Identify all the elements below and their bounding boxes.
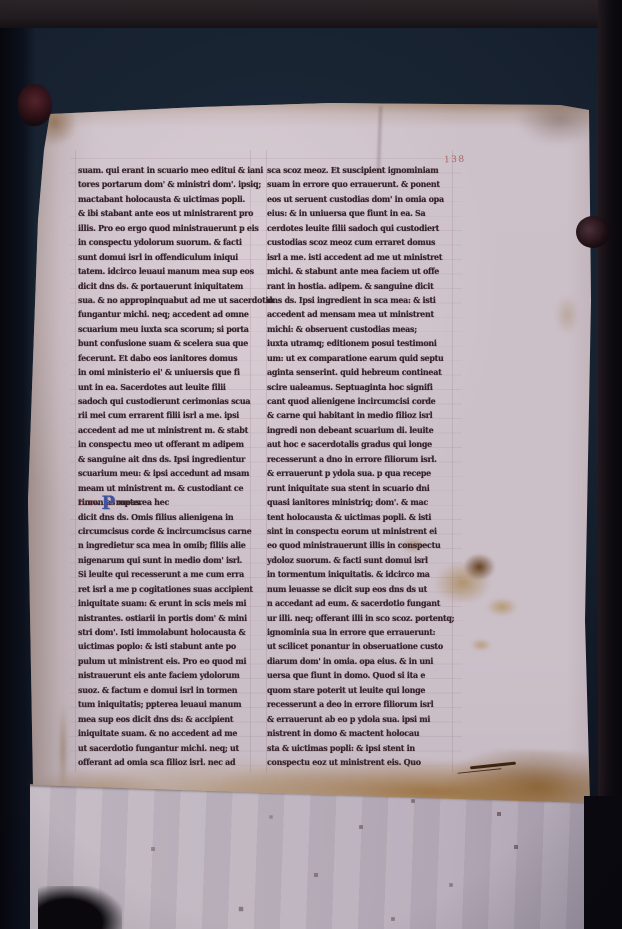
manuscript-line: iniquitate suam. & no accedent ad me bbox=[78, 726, 249, 740]
manuscript-line: scire ualeamus. Septuaginta hoc signifi bbox=[267, 380, 448, 394]
manuscript-line: ur illi. neq; offerant illi in sco scoz.… bbox=[267, 611, 448, 625]
bottom-right-frame-edge bbox=[584, 796, 622, 929]
manuscript-line: unt in ea. Sacerdotes aut leuite filii bbox=[78, 380, 249, 394]
manuscript-line: sunt domui isrl in offendiculum iniqui bbox=[78, 250, 249, 264]
manuscript-line: custodias scoz meoz cum erraret domus bbox=[267, 235, 448, 249]
manuscript-line: conspectu eoz ut ministrent eis. Quo bbox=[267, 755, 448, 769]
manuscript-line: isrl a me. isti accedent ad me ut minist… bbox=[267, 250, 448, 264]
manuscript-line: mactabant holocausta & uictimas popli. bbox=[78, 192, 249, 206]
manuscript-line: tores portarum dom' & ministri dom'. ips… bbox=[78, 177, 249, 191]
manuscript-line: n ingredietur sca mea in omib; filiis al… bbox=[78, 538, 249, 552]
manuscript-line: rii mei cum errarent filii isrl a me. ip… bbox=[78, 408, 249, 422]
right-frame-edge bbox=[598, 0, 622, 929]
manuscript-line: aut hoc e sacerdotalis gradus qui longe bbox=[267, 437, 448, 451]
manuscript-line: sca scoz meoz. Et suscipient ignominiam bbox=[267, 163, 448, 177]
manuscript-line: nigenarum qui sunt in medio dom' isrl. bbox=[78, 553, 249, 567]
manuscript-line: dicit dns ds. & portauerunt iniquitatem bbox=[78, 279, 249, 293]
manuscript-line: cant quod alienigene incircumcisi corde bbox=[267, 394, 448, 408]
manuscript-line: in conspectu meo ut offerant m adipem bbox=[78, 437, 249, 451]
manuscript-photo: 138 suam. qui erant in scuario meo editu… bbox=[0, 0, 622, 929]
manuscript-line: & carne qui habitant in medio filioz isr… bbox=[267, 408, 448, 422]
manuscript-line: nistrantes. ostiarii in portis dom' & mi… bbox=[78, 611, 249, 625]
manuscript-line: scuarium meu: & ipsi accedunt ad msam bbox=[78, 466, 249, 480]
manuscript-line: recesserunt a deo in errore filiorum isr… bbox=[267, 697, 448, 711]
manuscript-line: scuarium meu iuxta sca scorum; si porta bbox=[78, 322, 249, 336]
manuscript-line: rant in hostia. adipem. & sanguine dicit bbox=[267, 279, 448, 293]
right-margin-stain-small bbox=[468, 638, 494, 652]
manuscript-line: in omi ministerio ei' & uniuersis que fi bbox=[78, 365, 249, 379]
bottom-left-shadow bbox=[38, 886, 122, 929]
manuscript-line: uersa que fiunt in domo. Quod si ita e bbox=[267, 668, 448, 682]
manuscript-line: stri dom'. Isti immolabunt holocausta & bbox=[78, 625, 249, 639]
ruling-vertical-line bbox=[452, 150, 453, 772]
manuscript-line: nistrauerunt eis ante faciem ydolorum bbox=[78, 668, 249, 682]
manuscript-line: tent holocausta & uictimas popli. & isti bbox=[267, 510, 448, 524]
manuscript-line: sta & uictimas popli: & ipsi stent in bbox=[267, 741, 448, 755]
manuscript-line: ut sacerdotio fungantur michi. neq; ut bbox=[78, 741, 249, 755]
manuscript-line: sint in conspectu eorum ut ministrent ei bbox=[267, 524, 448, 538]
manuscript-line: fecerunt. Et dabo eos ianitores domus bbox=[78, 351, 249, 365]
manuscript-line: ut scilicet ponantur in obseruatione cus… bbox=[267, 639, 448, 653]
manuscript-line: suam. qui erant in scuario meo editui & … bbox=[78, 163, 249, 177]
manuscript-line: suoz. & factum e domui isrl in tormen bbox=[78, 683, 249, 697]
manuscript-line: pulum ut ministrent eis. Pro eo quod mi bbox=[78, 654, 249, 668]
right-column: sca scoz meoz. Et suscipient ignominiams… bbox=[267, 163, 448, 769]
manuscript-line: recesserunt a dno in errore filiorum isr… bbox=[267, 452, 448, 466]
manuscript-line: & ibi stabant ante eos ut ministrarent p… bbox=[78, 206, 249, 220]
manuscript-line: in tormentum iniquitatis. & idcirco ma bbox=[267, 567, 448, 581]
manuscript-line: michi. & stabunt ante mea faciem ut offe bbox=[267, 264, 448, 278]
manuscript-line: ingredi non debeant scuarium di. leuite bbox=[267, 423, 448, 437]
manuscript-line: accedent ad me ut ministrent m. & stabt bbox=[78, 423, 249, 437]
manuscript-line: dns ds. Ipsi ingredient in sca mea: & is… bbox=[267, 293, 448, 307]
manuscript-line: michi: & obseruent custodias meas; bbox=[267, 322, 448, 336]
manuscript-line: runt iniquitate sua stent in scuario dni bbox=[267, 481, 448, 495]
manuscript-line: tum iniquitatis; ppterea leuaui manum bbox=[78, 697, 249, 711]
manuscript-line: bunt confusione suam & scelera sua que bbox=[78, 336, 249, 350]
manuscript-line: quasi ianitores ministriq; dom'. & mac bbox=[267, 495, 448, 509]
manuscript-line: um: ut ex comparatione earum quid septu bbox=[267, 351, 448, 365]
manuscript-line: accedent ad mensam mea ut ministrent bbox=[267, 307, 448, 321]
manuscript-line: quom stare poterit ut leuite qui longe bbox=[267, 683, 448, 697]
manuscript-line: ret isrl a me p cogitationes suas accipi… bbox=[78, 582, 249, 596]
manuscript-line: rimonias meas. L.xv. Propterea hec bbox=[78, 495, 249, 509]
manuscript-line: cerdotes leuite filii sadoch qui custodi… bbox=[267, 221, 448, 235]
manuscript-line: fungantur michi. neq; accedent ad omne bbox=[78, 307, 249, 321]
manuscript-line: & errauerunt ab eo p ydola sua. ipsi mi bbox=[267, 712, 448, 726]
manuscript-line: in conspectu ydolorum suorum. & facti bbox=[78, 235, 249, 249]
left-column: suam. qui erant in scuario meo editui & … bbox=[78, 163, 249, 769]
manuscript-line: circumcisus corde & incircumcisus carne bbox=[78, 524, 249, 538]
manuscript-line: mea sup eos dicit dns ds: & accipient bbox=[78, 712, 249, 726]
manuscript-line: & sanguine ait dns ds. Ipsi ingredientur bbox=[78, 452, 249, 466]
manuscript-line: tatem. idcirco leuaui manum mea sup eos bbox=[78, 264, 249, 278]
manuscript-line: eo quod ministrauerunt illis in conspect… bbox=[267, 538, 448, 552]
mount-fastener-right bbox=[576, 216, 610, 248]
manuscript-line: num leuasse se dicit sup eos dns ds ut bbox=[267, 582, 448, 596]
photo-top-border bbox=[0, 0, 622, 30]
manuscript-line: iuxta utramq; editionem posui testimoni bbox=[267, 336, 448, 350]
manuscript-line: ydoloz suorum. & facti sunt domui isrl bbox=[267, 553, 448, 567]
text-segment: ropterea hec bbox=[116, 495, 169, 509]
illuminated-initial: P bbox=[102, 492, 115, 514]
manuscript-line: diarum dom' in omia. opa eius. & in uni bbox=[267, 654, 448, 668]
ruling-vertical-line bbox=[75, 150, 76, 772]
ruling-vertical-line bbox=[250, 150, 251, 772]
manuscript-line: aginta senserint. quid hebreum contineat bbox=[267, 365, 448, 379]
manuscript-line: sadoch qui custodierunt cerimonias scua bbox=[78, 394, 249, 408]
manuscript-line: sua. & no appropinquabut ad me ut sacerd… bbox=[78, 293, 249, 307]
manuscript-line: n accedant ad eum. & sacerdotio fungant bbox=[267, 596, 448, 610]
manuscript-line: offerant ad omia sca filioz isrl. nec ad bbox=[78, 755, 249, 769]
manuscript-line: uictimas poplo: & isti stabunt ante po bbox=[78, 639, 249, 653]
right-margin-stain-smear bbox=[482, 596, 522, 618]
manuscript-line: suam in errore quo errauerunt. & ponent bbox=[267, 177, 448, 191]
manuscript-line: iniquitate suam: & erunt in scis meis mi bbox=[78, 596, 249, 610]
manuscript-line: Si leuite qui recesserunt a me cum erra bbox=[78, 567, 249, 581]
manuscript-line: nistrent in domo & mactent holocau bbox=[267, 726, 448, 740]
manuscript-line: eos ut seruent custodias dom' in omia op… bbox=[267, 192, 448, 206]
manuscript-line: ignominia sua in errore que errauerunt: bbox=[267, 625, 448, 639]
fore-edge-stain bbox=[552, 292, 582, 338]
mount-fastener-top-left bbox=[18, 84, 52, 126]
manuscript-line: illis. Pro eo ergo quod ministrauerunt p… bbox=[78, 221, 249, 235]
manuscript-line: eius: & in uniuersa que fiunt in ea. Sa bbox=[267, 206, 448, 220]
manuscript-line: & errauerunt p ydola sua. p qua recepe bbox=[267, 466, 448, 480]
